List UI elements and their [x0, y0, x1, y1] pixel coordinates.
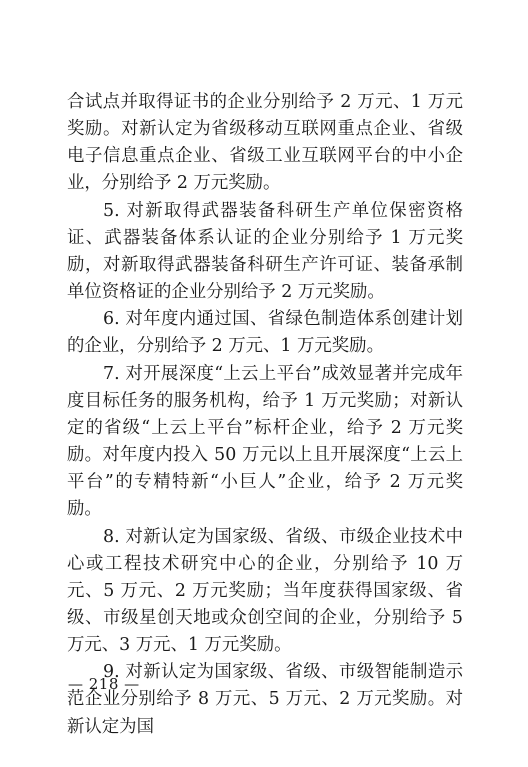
paragraph-item-8: 8. 对新认定为国家级、省级、市级企业技术中心或工程技术研究中心的企业，分别给予…	[67, 524, 463, 660]
page-number: — 218 —	[68, 675, 140, 693]
paragraph-item-7: 7. 对开展深度“上云上平台”成效显著并完成年度目标任务的服务机构，给予 1 万…	[67, 361, 463, 524]
paragraph-item-6: 6. 对年度内通过国、省绿色制造体系创建计划的企业，分别给予 2 万元、1 万元…	[67, 306, 463, 360]
body-text: 合试点并取得证书的企业分别给予 2 万元、1 万元奖励。对新认定为省级移动互联网…	[67, 89, 463, 741]
document-page: 合试点并取得证书的企业分别给予 2 万元、1 万元奖励。对新认定为省级移动互联网…	[0, 0, 528, 767]
paragraph-continuation: 合试点并取得证书的企业分别给予 2 万元、1 万元奖励。对新认定为省级移动互联网…	[67, 89, 463, 198]
paragraph-item-9: 9. 对新认定为国家级、省级、市级智能制造示范企业分别给予 8 万元、5 万元、…	[67, 659, 463, 740]
paragraph-item-5: 5. 对新取得武器装备科研生产单位保密资格证、武器装备体系认证的企业分别给予 1…	[67, 198, 463, 307]
